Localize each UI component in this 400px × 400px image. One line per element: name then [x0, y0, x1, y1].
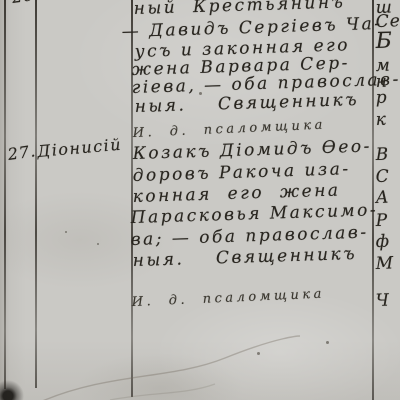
register-scan-page: 26. ный Крестьянинъ — Давидъ Сергіевъ Ча… — [0, 0, 400, 400]
column-line-number — [35, 0, 37, 388]
previous-entry-number: 26. — [11, 0, 41, 6]
column-line-left-edge — [4, 0, 6, 389]
margin-fragment: к — [375, 112, 387, 129]
entry-number: 27. — [7, 143, 37, 163]
ink-speck — [199, 92, 202, 95]
margin-fragment: В — [375, 147, 389, 164]
margin-fragment: ф — [375, 234, 390, 251]
margin-fragment: р — [375, 90, 387, 107]
record-line: ныя. Священникъ — [134, 92, 359, 116]
margin-fragment: Б — [375, 30, 393, 53]
ink-speck — [97, 243, 99, 245]
margin-fragment: Р — [375, 213, 388, 230]
margin-fragment: М — [375, 255, 394, 273]
ink-speck — [326, 341, 329, 344]
record-line: ныя. Священникъ — [132, 246, 357, 270]
clergy-line: И. д. псаломщика — [132, 119, 326, 140]
clergy-line: И. д. псаломщика — [131, 288, 325, 309]
ink-speck — [257, 352, 260, 355]
entry-name: Діонисій — [37, 137, 123, 160]
margin-fragment: А — [375, 190, 389, 207]
ink-speck — [65, 231, 67, 233]
margin-fragment: С — [375, 169, 390, 186]
margin-fragment: Ч — [375, 293, 390, 310]
